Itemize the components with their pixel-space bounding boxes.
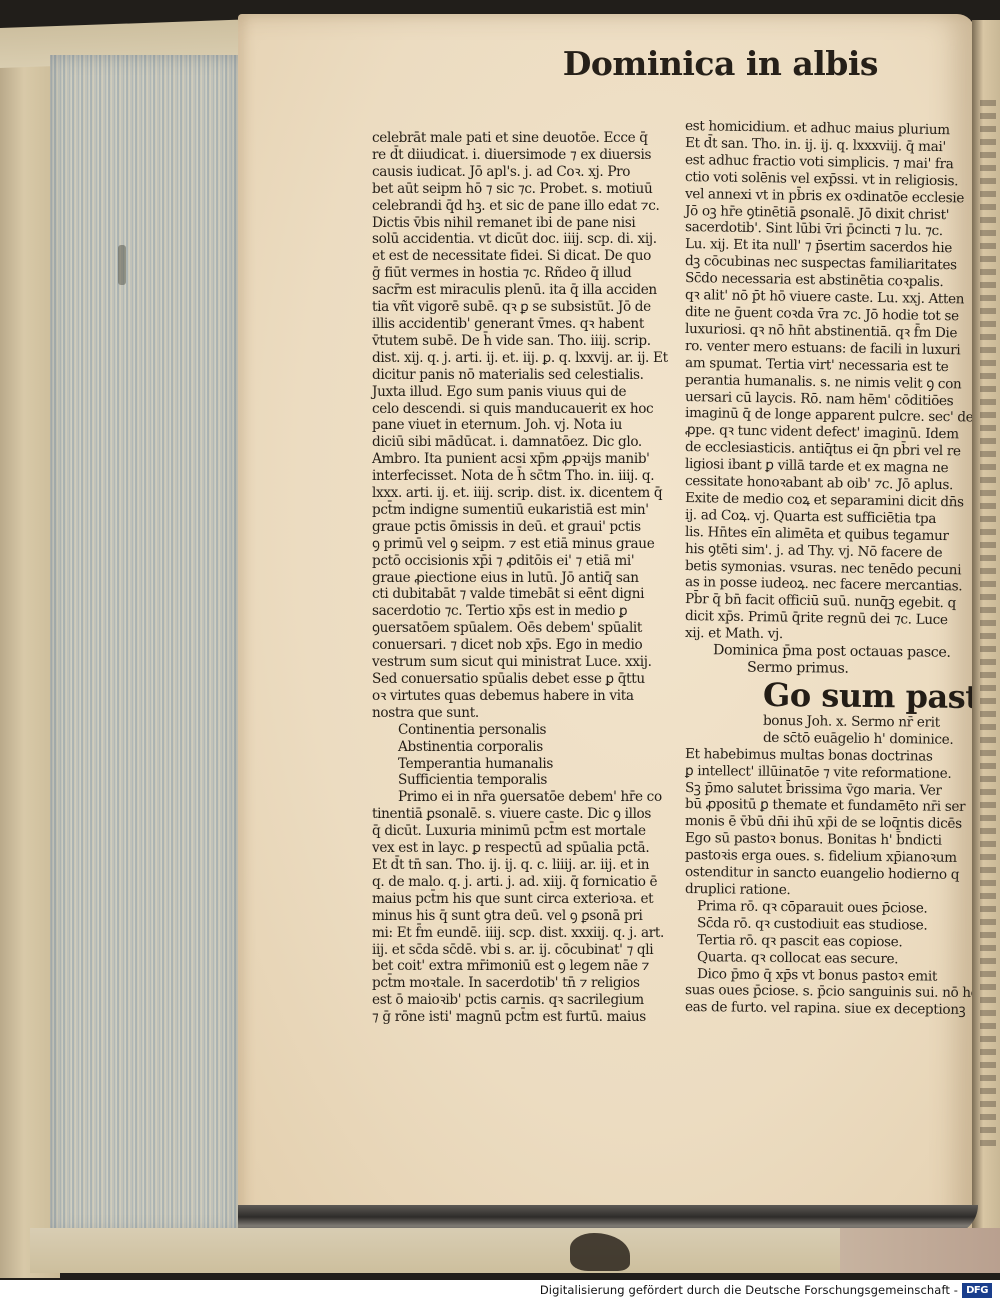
left-column-continuation: Primo ei in nr̄a ꝯuersatōe debem' hr̄e c… [372, 789, 686, 1026]
reasons-list: Prima rō. qꝛ cōparauit oues p̄ciose.Sc̄d… [685, 898, 980, 966]
ink-stain [570, 1233, 630, 1271]
virtue-item: Sufficientia temporalis [372, 772, 686, 789]
text-line: iij. et sc̄da sc̄dē. vbi s. ar. ij. cōcu… [372, 942, 686, 959]
page-fore-edge [50, 55, 240, 1235]
text-line: sacr̄m est miraculis plenū. ita q̄ illa … [372, 282, 686, 299]
text-line: pane viuet in eternum. Joh. vj. Nota iu [372, 417, 686, 434]
text-line: celo descendi. si quis manducauerit ex h… [372, 401, 686, 418]
right-column-end: Dico p̄mo q̄ xp̄s vt bonus pastoꝛ emitsu… [685, 966, 980, 1017]
running-head: Dominica in albis [538, 44, 878, 83]
text-line: Sed conuersatio spūalis debet esse ꝑ q̄t… [372, 671, 686, 688]
text-line: bet aūt seipm hō ⁊ sic ⁊c. Probet. s. mo… [372, 181, 686, 198]
text-line: vestrum sum sicut qui ministrat Luce. xx… [372, 654, 686, 671]
text-line: tia vñt vigorē subē. qꝛ ꝑ se subsistūt. … [372, 299, 686, 316]
text-line: Et d̄t tn̄ san. Tho. ij. ij. q. c. liiij… [372, 857, 686, 874]
leather-corner [840, 1228, 1000, 1273]
virtue-item: Abstinentia corporalis [372, 739, 686, 756]
text-line: q̄ dicūt. Luxuria minimū pct̄m est morta… [372, 823, 686, 840]
text-line: ḡ fiūt vermes in hostia ⁊c. Rñdeo q̄ ill… [372, 265, 686, 282]
text-line: celebrandi q̄d hꝫ. et sic de pane illo e… [372, 198, 686, 215]
text-line: minus his q̄ sunt ꝯtra deū. vel ꝯ ꝑsonā … [372, 908, 686, 925]
sermon-incipit: Go sum pastoꝛ [685, 676, 980, 715]
book-page: Dominica in albis celebrāt male pati et … [238, 14, 975, 1234]
text-line: pctō occisionis xp̄i ⁊ ꝓditōis ei' ⁊ eti… [372, 553, 686, 570]
text-line: graue ꝓiectione eius in lutū. Jō antiq̄ … [372, 570, 686, 587]
text-line: diciū sibi mādūcat. i. damnatōez. Dic gl… [372, 434, 686, 451]
text-line: cti dubitabāt ⁊ valde timebāt si eēnt di… [372, 586, 686, 603]
text-line: eas de furto. vel rapina. siue ex decept… [685, 999, 980, 1019]
text-line: Juxta illud. Ego sum panis viuus qui de [372, 384, 686, 401]
text-line: tinentiā ꝑsonalē. s. viuere caste. Dic ꝯ… [372, 806, 686, 823]
text-line: causis iudicat. Jō apl's. j. ad Coꝛ. xj.… [372, 164, 686, 181]
attribution-footer: Digitalisierung gefördert durch die Deut… [0, 1280, 1000, 1302]
text-line: bet coit' extra mr̄imoniū est ꝯ legem nā… [372, 958, 686, 975]
text-line: pct̄m indigne sumentiū eukaristiā est mi… [372, 502, 686, 519]
text-line: interfecisset. Nota de h̄ sc̄tm Tho. in.… [372, 468, 686, 485]
text-line: celebrāt male pati et sine deuotōe. Ecce… [372, 130, 686, 147]
text-line: q. de malo. q. j. arti. j. ad. xiij. q̄ … [372, 874, 686, 891]
text-line: dicitur panis nō materialis sed celestia… [372, 367, 686, 384]
right-column-lines: est homicidium. et adhuc maius pluriumEt… [685, 118, 980, 642]
text-line: conuersari. ⁊ dicet nob xp̄s. Ego in med… [372, 637, 686, 654]
book-scan: Dominica in albis celebrāt male pati et … [0, 0, 1000, 1280]
text-line: ꝯuersatōem spūalem. Oēs debem' spūalit [372, 620, 686, 637]
text-line: ꝯ primū vel ꝯ seipm. ⁊ est etiā minus gr… [372, 536, 686, 553]
text-line: Ambro. Ita punient acsi xp̄m ꝓpꝛijs mani… [372, 451, 686, 468]
text-line: nostra que sunt. [372, 705, 686, 722]
text-line: solū accidentia. vt dicūt doc. iiij. scp… [372, 231, 686, 248]
text-line: Dictis v̄bis nihil remanet ibi de pane n… [372, 215, 686, 232]
virtue-item: Continentia personalis [372, 722, 686, 739]
text-line: dist. xij. q. j. arti. ij. et. iij. ꝑ. q… [372, 350, 686, 367]
text-line: pct̄m moꝛtale. In sacerdotib' tn̄ ⁊ reli… [372, 975, 686, 992]
right-text-column: est homicidium. et adhuc maius pluriumEt… [685, 118, 980, 1016]
text-line: graue pctis ōmissis in deū. et graui' pc… [372, 519, 686, 536]
left-column-lines: celebrāt male pati et sine deuotōe. Ecce… [372, 130, 686, 722]
binding-board-bottom [30, 1228, 1000, 1273]
text-line: re d̄t diiudicat. i. diuersimode ⁊ ex di… [372, 147, 686, 164]
facing-page-ghost-text [980, 100, 996, 1150]
text-line: vex est in layc. ꝑ respectū ad spūalia p… [372, 840, 686, 857]
text-line: ⁊ ḡ rōne isti' magnū pct̄m est furtū. ma… [372, 1009, 686, 1026]
text-line: et est de necessitate fidei. Si dicat. D… [372, 248, 686, 265]
left-text-column: celebrāt male pati et sine deuotōe. Ecce… [372, 130, 686, 1026]
text-line: illis accidentib' generant v̄mes. qꝛ hab… [372, 316, 686, 333]
sermon-body: bonus Joh. x. Sermo nr̄ eritde sc̄tō euā… [685, 712, 980, 898]
funding-credit: Digitalisierung gefördert durch die Deut… [540, 1283, 958, 1297]
facing-page-edge [972, 20, 1000, 1240]
text-line: lxxx. arti. ij. et. iiij. scrip. dist. i… [372, 485, 686, 502]
text-line: mi: Et f̄m eundē. iiij. scp. dist. xxxii… [372, 925, 686, 942]
text-line: Primo ei in nr̄a ꝯuersatōe debem' hr̄e c… [372, 789, 686, 806]
virtues-list: Continentia personalisAbstinentia corpor… [372, 722, 686, 790]
dfg-logo-icon: DFG [962, 1283, 992, 1298]
text-line: oꝛ virtutes quas debemus habere in vita [372, 688, 686, 705]
text-line: sacerdotio ⁊c. Tertio xp̄s est in medio … [372, 603, 686, 620]
text-line: v̄tutem subē. De h̄ vide san. Tho. iiij.… [372, 333, 686, 350]
virtue-item: Temperantia humanalis [372, 756, 686, 773]
text-line: maius pct̄m his que sunt circa exterioꝛa… [372, 891, 686, 908]
text-line: est ō maioꝛib' pctis carnis. qꝛ sacrileg… [372, 992, 686, 1009]
